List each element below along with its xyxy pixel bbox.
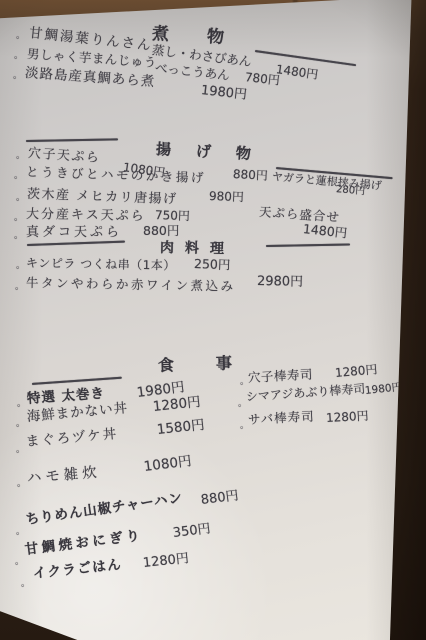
bullet-mark: 。 <box>16 528 25 537</box>
dish-name: まぐろヅケ丼 <box>25 428 118 450</box>
bullet-mark: 。 <box>14 172 23 181</box>
dish-price: 880円 <box>143 225 179 238</box>
dish-name: シマアジあぶり棒寿司 <box>246 383 366 403</box>
dish-name: 天ぷら盛合せ <box>259 206 341 224</box>
dish-price: 1280円 <box>152 396 201 414</box>
bullet-mark: 。 <box>16 194 25 203</box>
bullet-mark: 。 <box>17 480 26 489</box>
handwriting-layer: 煮物 。 甘鯛湯葉りんさん 蒸し・わさびあん 1480円 。 男しゃく芋まんじゅ… <box>0 0 426 640</box>
dish-price: 750円 <box>155 209 190 222</box>
bullet-mark: 。 <box>16 446 25 455</box>
dish-price: 780円 <box>244 71 280 87</box>
dish-price: 980円 <box>209 190 244 203</box>
dish-price: 1080円 <box>143 455 192 474</box>
dish-price: 1480円 <box>275 63 319 81</box>
hand-rule <box>266 244 350 247</box>
dish-name: 淡路島産真鯛あら煮 <box>25 67 156 90</box>
dish-price: 350円 <box>172 522 211 540</box>
dish-price: 1580円 <box>156 419 205 437</box>
section-header: 肉料理 <box>160 241 235 256</box>
menu-paper: 煮物 。 甘鯛湯葉りんさん 蒸し・わさびあん 1480円 。 男しゃく芋まんじゅ… <box>0 0 426 640</box>
dish-name: キンピラ つくね串（1本） <box>26 257 176 272</box>
dish-price: 2980円 <box>257 275 303 289</box>
bullet-mark: 。 <box>14 214 23 223</box>
dish-price: 880円 <box>233 168 268 182</box>
bullet-mark: 。 <box>16 32 25 41</box>
dish-price: 1480円 <box>302 223 347 240</box>
bullet-mark: 。 <box>15 283 24 292</box>
hand-rule <box>27 241 125 246</box>
dish-name: とうきびとハモのかき揚げ <box>26 166 206 185</box>
dish-name: ちりめん山椒チャーハン <box>25 492 184 527</box>
dish-price: 1280円 <box>334 363 377 379</box>
bullet-mark: 。 <box>16 152 25 161</box>
dish-name: イクラごはん <box>32 559 123 582</box>
bullet-mark: 。 <box>17 400 26 409</box>
section-header: 揚げ物 <box>156 142 277 163</box>
dish-price: 1980円 <box>200 84 247 102</box>
dish-name: 穴子棒寿司 <box>248 369 314 385</box>
bullet-mark: 。 <box>16 262 25 271</box>
dish-name: 真ダコ天ぷら <box>26 226 122 239</box>
dish-name: 茨木産 メヒカリ唐揚げ <box>27 188 178 206</box>
bullet-mark: 。 <box>16 420 25 429</box>
bullet-mark: 。 <box>13 72 22 81</box>
dish-price: 1280円 <box>142 552 189 570</box>
dish-name: ハモ雑炊 <box>26 466 101 487</box>
dish-name: 穴子天ぷら <box>28 147 101 165</box>
hand-rule <box>32 377 122 385</box>
bullet-mark: 。 <box>14 52 23 61</box>
menu-photo: { "bullet": "。", "paper_color": "#dcd8d4… <box>0 0 426 640</box>
dish-name: 大分産キス天ぷら <box>26 208 146 223</box>
dish-price: 250円 <box>194 258 231 272</box>
dish-name: 牛タンやわらか赤ワイン煮込み <box>26 277 236 293</box>
dish-price: 880円 <box>200 489 239 507</box>
dish-price: 1280円 <box>326 410 369 424</box>
dish-price: 280円 <box>336 185 366 197</box>
bullet-mark: 。 <box>15 558 24 567</box>
bullet-mark: 。 <box>14 232 23 241</box>
bullet-mark: 。 <box>21 580 30 589</box>
hand-rule <box>255 50 356 66</box>
dish-name: 甘鯛焼おにぎり <box>24 530 144 558</box>
dish-name: サバ棒寿司 <box>248 411 315 427</box>
dish-price: 1980円 <box>364 382 402 396</box>
hand-rule <box>26 138 118 142</box>
